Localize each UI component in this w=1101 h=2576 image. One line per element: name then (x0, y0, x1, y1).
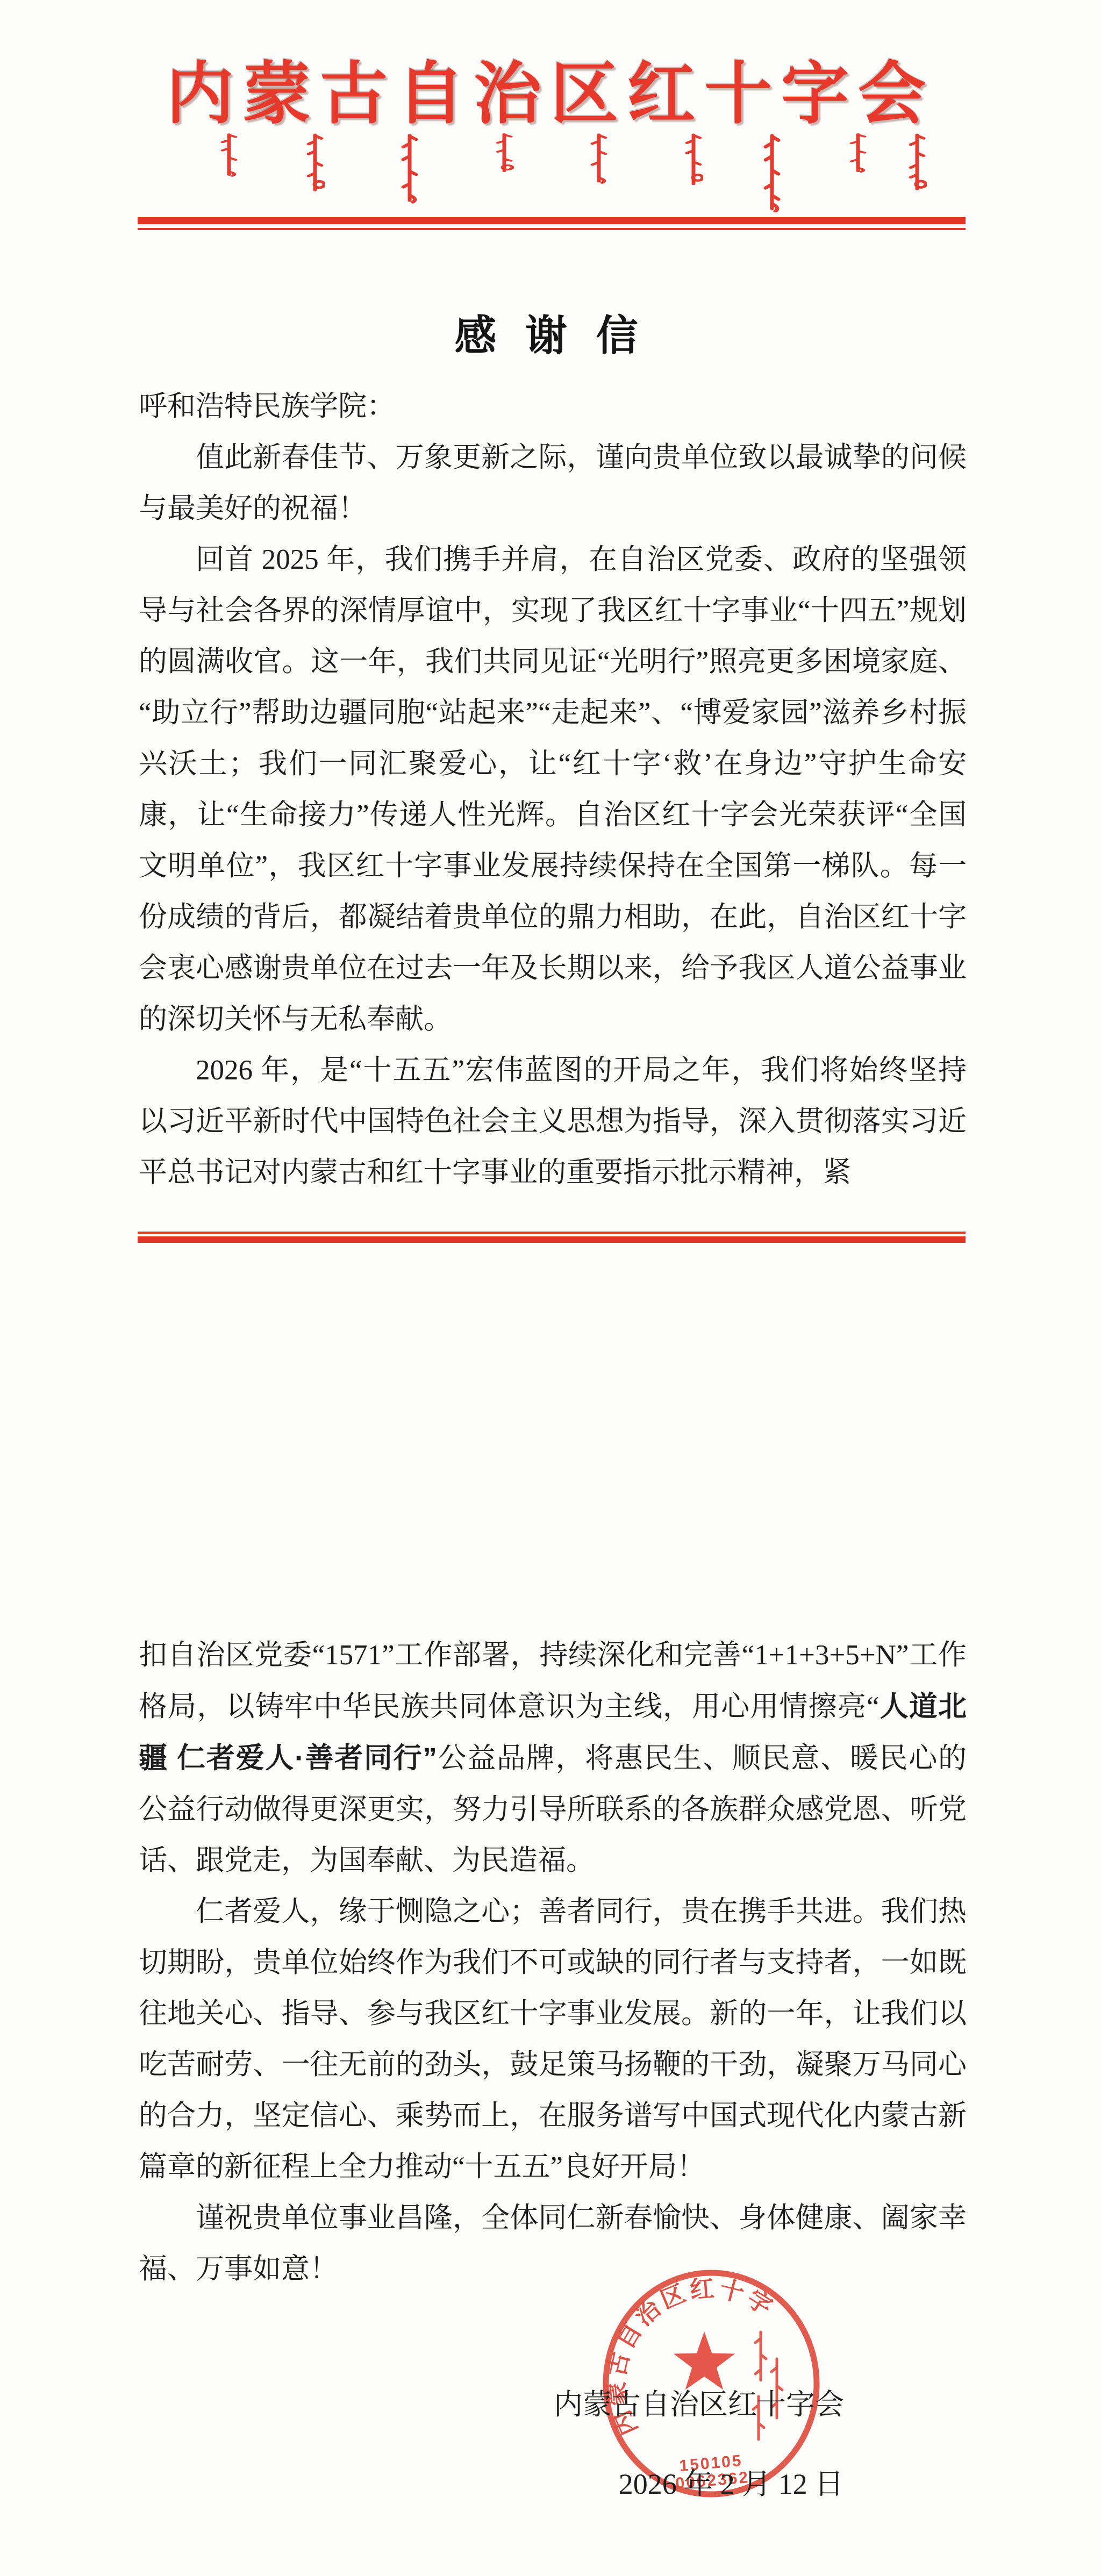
paragraph-review-2025: 回首 2025 年，我们携手并肩，在自治区党委、政府的坚强领导与社会各界的深情厚… (139, 534, 967, 1045)
paragraph-partnership: 仁者爱人，缘于恻隐之心；善者同行，贵在携手共进。我们热切期盼，贵单位始终作为我们… (139, 1886, 967, 2193)
mongolian-script-row (0, 133, 1101, 221)
page2-body: 扣自治区党委“1571”工作部署，持续深化和完善“1+1+3+5+N”工作格局，… (139, 1630, 967, 2295)
signature-org: 内蒙古自治区红十字会 (543, 2381, 855, 2423)
org-name-header: 内蒙古自治区红十字会 (0, 40, 1101, 137)
mongolian-script-glyph (907, 133, 927, 192)
letter-title: 感 谢 信 (0, 302, 1101, 362)
mongolian-script-glyph (495, 133, 514, 173)
mongolian-script-glyph (762, 133, 782, 212)
header-divider (138, 217, 966, 230)
mongolian-script-glyph (305, 133, 325, 193)
paragraph-greeting: 值此新春佳节、万象更新之际，谨向贵单位致以最诚挚的问候与最美好的祝福！ (139, 432, 967, 534)
mongolian-script-glyph (589, 133, 609, 184)
scanned-letter-page: { "page": { "background_color": "#fcfcfb… (0, 0, 1101, 2576)
paragraph-2026-outlook-part1: 2026 年，是“十五五”宏伟蓝图的开局之年，我们将始终坚持以习近平新时代中国特… (139, 1045, 967, 1198)
letter-date: 2026 年 2 月 12 日 (591, 2461, 871, 2502)
paragraph-wishes: 谨祝贵单位事业昌隆，全体同仁新春愉快、身体健康、阖家幸福、万事如意！ (139, 2193, 967, 2295)
page1-footer-divider (138, 1232, 966, 1243)
mongolian-script-glyph (219, 133, 239, 177)
mongolian-script-glyph (848, 133, 868, 173)
mongolian-script-glyph (400, 133, 419, 204)
paragraph-2026-outlook-part2: 扣自治区党委“1571”工作部署，持续深化和完善“1+1+3+5+N”工作格局，… (139, 1630, 967, 1886)
continuation-text: 扣自治区党委“1571”工作部署，持续深化和完善“1+1+3+5+N”工作格局，… (139, 1640, 967, 1722)
salutation: 呼和浩特民族学院： (139, 381, 967, 432)
mongolian-script-glyph (684, 133, 703, 187)
page1-body: 呼和浩特民族学院： 值此新春佳节、万象更新之际，谨向贵单位致以最诚挚的问候与最美… (139, 381, 967, 1198)
